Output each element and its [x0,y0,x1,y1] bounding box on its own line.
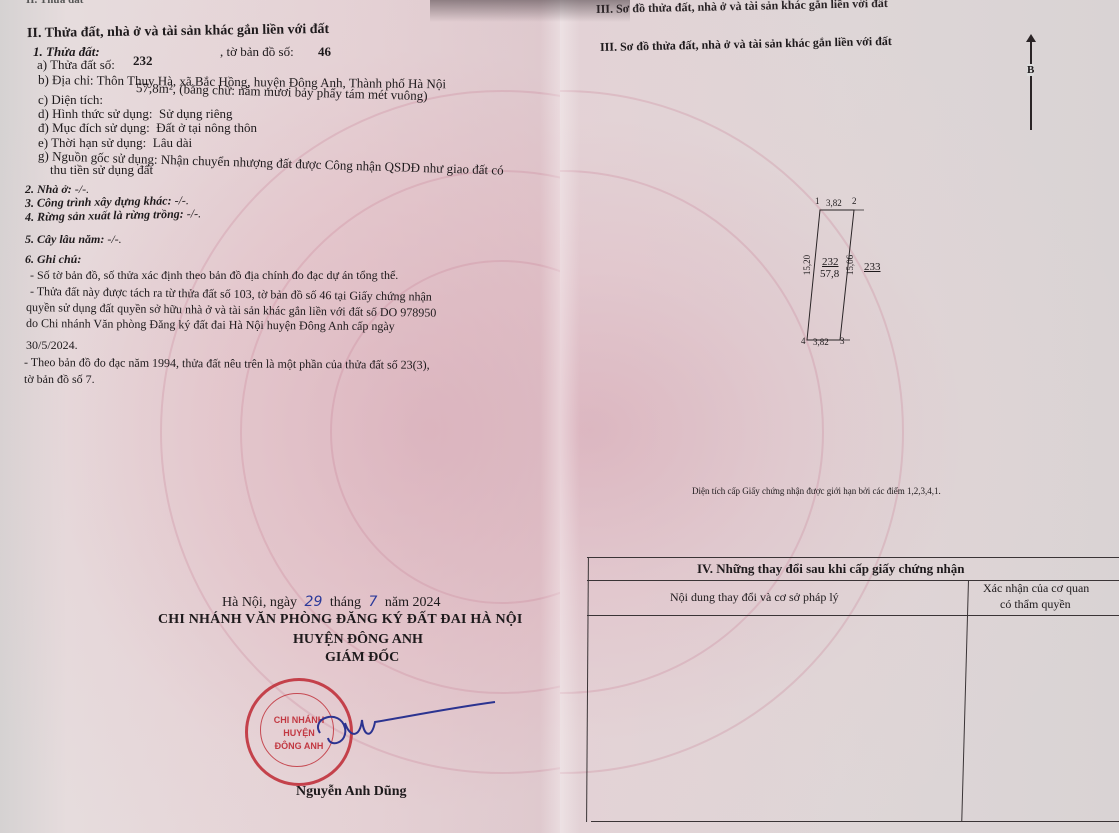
issuing-district: HUYỆN ĐÔNG ANH [293,632,423,648]
right-edge-length: 15,06 [845,255,855,275]
note-line: - Số tờ bản đồ, số thửa xác định theo bả… [30,268,398,283]
issue-year: năm 2024 [385,595,441,610]
north-label: B [1027,64,1034,76]
page-fold [540,0,580,833]
note-line: 30/5/2024. [26,338,78,353]
item-value: -/-. [174,193,189,207]
parcel-number: 232 [133,53,153,69]
item-perennial-trees: 5. Cây lâu năm: -/-. [25,232,122,247]
purpose-value: Đất ở tại nông thôn [156,120,257,135]
item-value: -/-. [187,206,202,220]
item-value: -/-. [75,182,89,196]
purpose-row: đ) Mục đích sử dụng: Đất ở tại nông thôn [38,120,257,136]
table-border-bottom [591,821,1119,822]
corner-3: 3 [840,336,845,346]
item-value: -/-. [107,232,121,246]
note-line: do Chi nhánh Văn phòng Đăng ký đất đai H… [26,316,395,334]
section-ii-title: II. Thửa đất, nhà ở và tài sản khác gắn … [27,22,329,42]
item-label: 4. Rừng sản xuất là rừng trồng: [25,207,184,224]
certificate-left-page: II. Thửa đất II. Thửa đất, nhà ở và tài … [0,0,560,833]
diagram-parcel-area: 57,8 [820,268,839,280]
map-sheet-label: , tờ bản đồ số: [220,44,294,60]
table-border [587,615,1119,616]
address-label: b) Địa chỉ: [38,72,94,88]
signer-position: GIÁM ĐỐC [325,650,399,666]
term-value: Lâu dài [153,135,192,150]
changes-col-content: Nội dung thay đổi và cơ sở pháp lý [670,590,839,605]
corner-1: 1 [815,196,820,206]
changes-col-confirmation: Xác nhận của cơ quan [983,581,1089,596]
map-sheet-number: 46 [318,44,331,60]
issue-month: 7 [368,594,377,610]
issue-day: 29 [305,594,323,610]
neighbor-parcel-number: 233 [864,261,881,273]
changes-col-confirmation-cont: có thẩm quyền [1000,597,1071,612]
month-label: tháng [330,595,361,610]
section-iii-title: III. Sơ đồ thửa đất, nhà ở và tài sản kh… [600,34,892,55]
bottom-edge-length: 3,82 [813,337,829,347]
handwritten-signature [300,698,500,758]
table-border-top [587,557,1119,558]
corner-2: 2 [852,196,857,206]
signer-name: Nguyễn Anh Dũng [296,784,407,800]
issuing-org: CHI NHÁNH VĂN PHÒNG ĐĂNG KÝ ĐẤT ĐAI HÀ N… [158,612,523,628]
left-edge-length: 15,20 [802,255,812,275]
note-line: tờ bản đồ số 7. [24,372,95,387]
item-planted-forest: 4. Rừng sản xuất là rừng trồng: -/-. [25,206,201,225]
corner-4: 4 [801,336,806,346]
cut-off-header: II. Thửa đất [26,0,83,6]
shadow [430,0,630,22]
parcel-label: a) Thửa đất số: [37,57,115,73]
changes-table-title: IV. Những thay đổi sau khi cấp giấy chứn… [697,561,965,577]
use-form-value: Sử dụng riêng [159,106,233,121]
purpose-label: đ) Mục đích sử dụng: [38,120,150,135]
date-prefix: Hà Nội, ngày [222,595,297,610]
diagram-note: Diện tích cấp Giấy chứng nhận được giới … [692,486,941,496]
notes-heading: 6. Ghi chú: [25,252,81,267]
origin-continued: thu tiền sử dụng đất [50,162,153,178]
note-line: - Theo bản đồ đo đạc năm 1994, thửa đất … [24,355,430,373]
use-form-label: d) Hình thức sử dụng: [38,106,152,121]
item-label: 5. Cây lâu năm: [25,232,104,246]
certificate-right-page: III. Sơ đồ thửa đất, nhà ở và tài sản kh… [560,0,1119,833]
north-arrow-icon: B [1030,40,1032,130]
top-edge-length: 3,82 [826,198,842,208]
issue-date: Hà Nội, ngày 29 tháng 7 năm 2024 [222,594,441,611]
diagram-parcel-number: 232 [822,256,839,268]
item-label: 2. Nhà ở: [25,182,72,196]
section-iii-title-faded: III. Sơ đồ thửa đất, nhà ở và tài sản kh… [596,0,888,17]
